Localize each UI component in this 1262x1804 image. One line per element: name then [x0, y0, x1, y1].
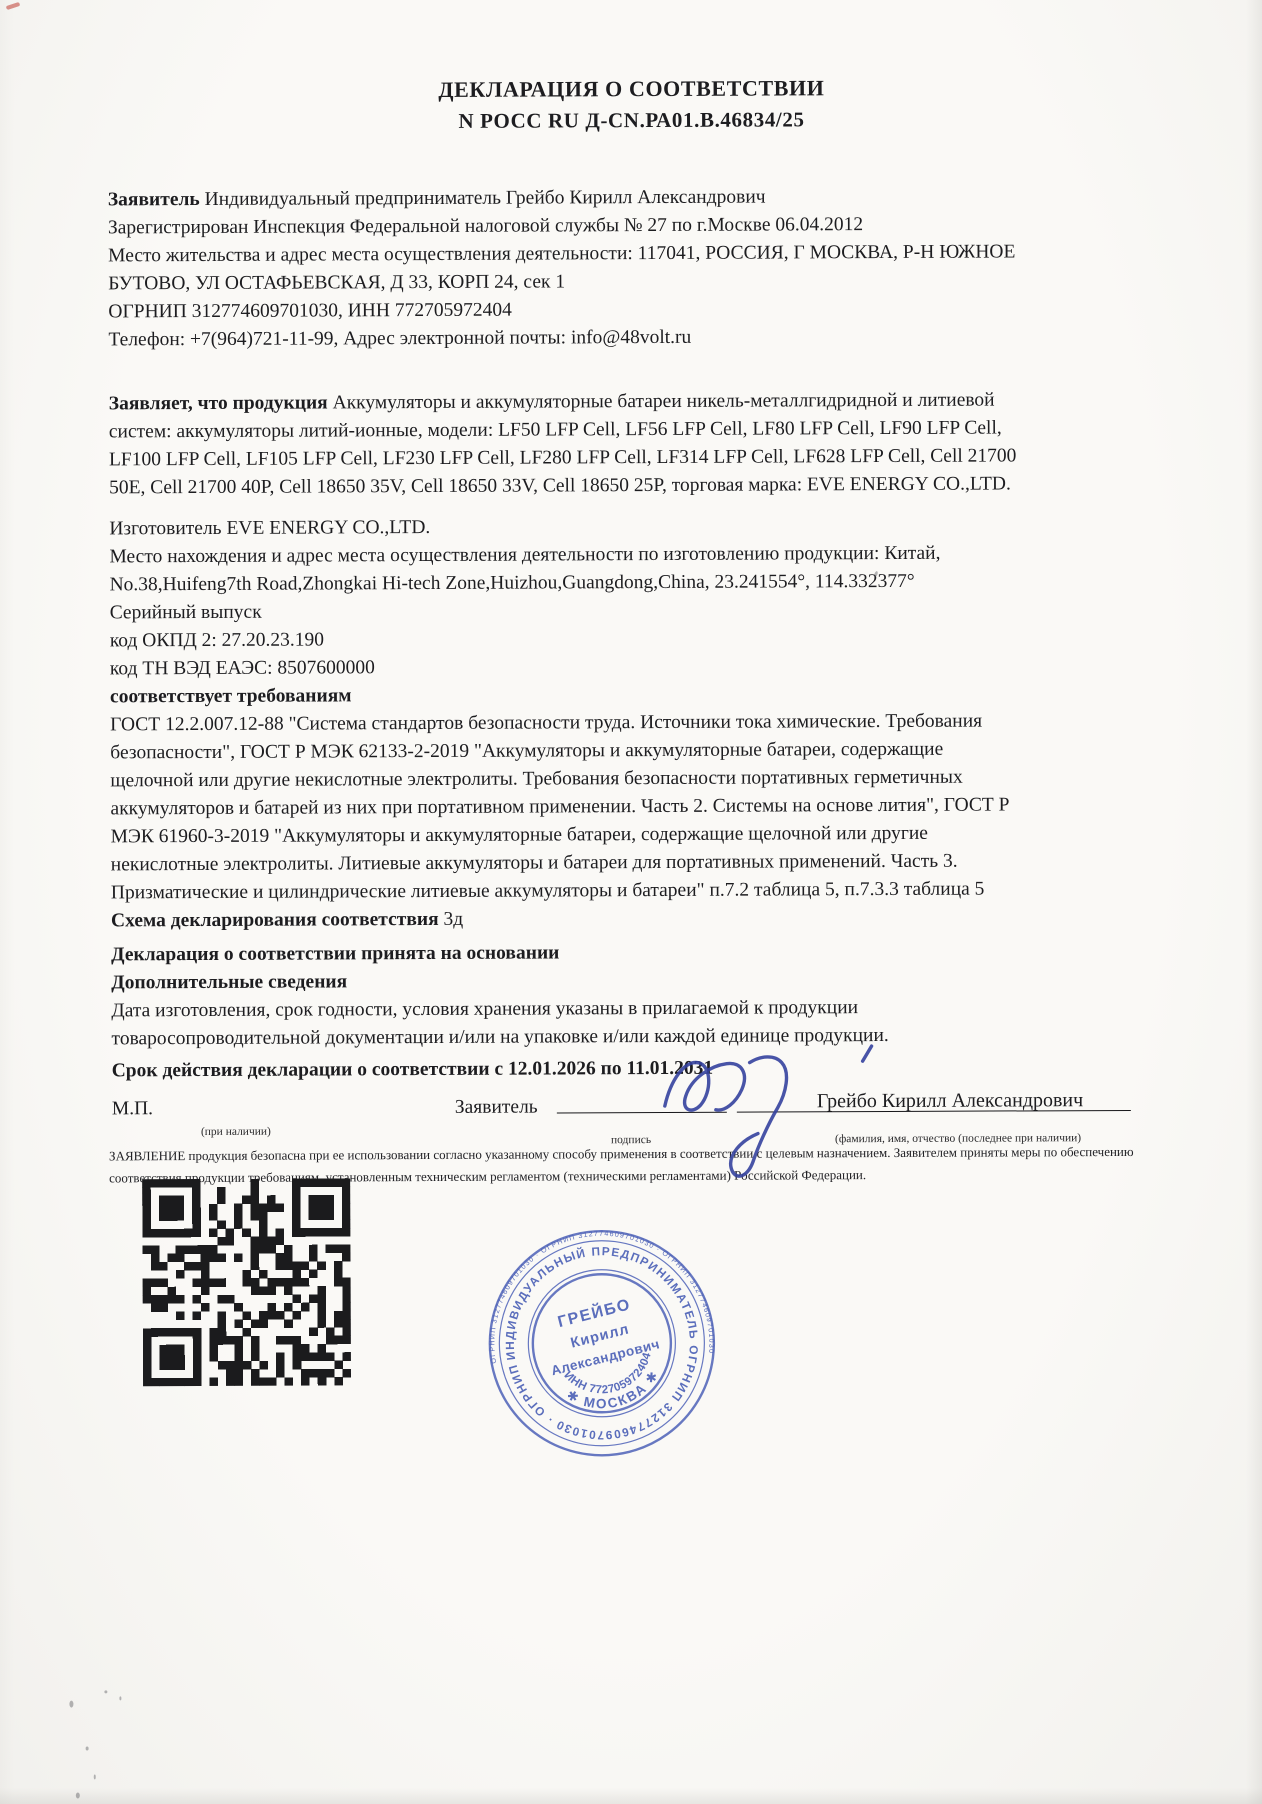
scan-speck [119, 1696, 121, 1700]
serial-production: Серийный выпуск [110, 599, 262, 628]
applicant-address-2: БУТОВО, УЛ ОСТАФЬЕВСКАЯ, Д 33, КОРП 24, … [108, 268, 565, 298]
product-line: Заявляет, что продукция Аккумуляторы и а… [109, 387, 995, 419]
gost-line-2: безопасности", ГОСТ Р МЭК 62133-2-2019 "… [110, 736, 943, 768]
applicant-ogrnip-inn: ОГРНИП 312774609701030, ИНН 772705972404 [108, 297, 512, 327]
gost-line-4: аккумуляторов и батарей из них при порта… [110, 791, 1009, 823]
additional-info-heading: Дополнительные сведения [111, 968, 347, 997]
scheme-label: Схема декларирования соответствия [111, 909, 439, 931]
scan-speck [104, 1690, 107, 1693]
applicant-contacts: Телефон: +7(964)721-11-99, Адрес электро… [108, 324, 691, 355]
page-title: ДЕКЛАРАЦИЯ О СООТВЕТСТВИИ [0, 73, 1262, 105]
mp-label: М.П. [112, 1095, 153, 1123]
applicant-line: Заявитель Индивидуальный предприниматель… [108, 184, 766, 215]
company-stamp: ОГРНИП 312774609701030 · ОГРНИП 31277460… [483, 1225, 720, 1462]
gost-line-3: щелочной или другие некислотные электрол… [110, 764, 962, 796]
mp-note: (при наличии) [201, 1126, 271, 1138]
scanned-declaration-page: ДЕКЛАРАЦИЯ О СООТВЕТСТВИИ N РОСС RU Д-CN… [0, 0, 1262, 1804]
product-intro: Аккумуляторы и аккумуляторные батареи ни… [333, 390, 995, 414]
gost-line-5: МЭК 61960-3-2019 "Аккумуляторы и аккумул… [111, 820, 928, 852]
scan-speck [94, 1774, 96, 1779]
scan-speck [69, 1701, 73, 1708]
product-models-3: 50E, Cell 21700 40P, Cell 18650 35V, Cel… [109, 470, 1011, 502]
qr-code [142, 1178, 351, 1386]
applicant-sign-label: Заявитель [455, 1094, 538, 1122]
declaration-number: N РОСС RU Д-CN.РА01.В.46834/25 [0, 105, 1262, 136]
scheme-value: 3д [443, 909, 463, 930]
applicant-registration: Зарегистрирован Инспекция Федеральной на… [108, 211, 863, 242]
declaration-scheme: Схема декларирования соответствия 3д [111, 906, 463, 936]
manufacturer-address-2: No.38,Huifeng7th Road,Zhongkai Hi-tech Z… [109, 568, 914, 600]
product-label: Заявляет, что продукция [109, 392, 328, 414]
manufacturer-name: Изготовитель EVE ENERGY CO.,LTD. [109, 514, 430, 543]
scan-speck [86, 1746, 89, 1750]
gost-line-1: ГОСТ 12.2.007.12-88 "Система стандартов … [110, 708, 982, 740]
handwritten-signature [545, 1034, 916, 1196]
gost-line-7: Призматические и цилиндрические литиевые… [111, 876, 985, 908]
stamp-seal-graphic: ОГРНИП 312774609701030 · ОГРНИП 31277460… [483, 1225, 720, 1462]
qr-code-graphic [142, 1178, 351, 1386]
page-content: ДЕКЛАРАЦИЯ О СООТВЕТСТВИИ N РОСС RU Д-CN… [0, 0, 1262, 1804]
applicant-label: Заявитель [108, 189, 200, 210]
additional-info-1: Дата изготовления, срок годности, услови… [111, 994, 858, 1025]
gost-line-6: некислотные электролиты. Литиевые аккуму… [111, 848, 958, 880]
product-models-2: LF100 LFP Cell, LF105 LFP Cell, LF230 LF… [109, 442, 1017, 474]
applicant-address-1: Место жительства и адрес места осуществл… [108, 238, 1015, 270]
product-models-1: систем: аккумуляторы литий-ионные, модел… [109, 414, 1002, 446]
okpd-code: код ОКПД 2: 27.20.23.190 [110, 626, 324, 655]
scan-speck [76, 1793, 80, 1799]
applicant-name: Индивидуальный предприниматель Грейбо Ки… [205, 187, 766, 210]
basis-heading: Декларация о соответствии принята на осн… [111, 939, 559, 969]
manufacturer-address-1: Место нахождения и адрес места осуществл… [109, 540, 940, 572]
tnved-code: код ТН ВЭД ЕАЭС: 8507600000 [110, 654, 375, 683]
requirements-heading: соответствует требованиям [110, 682, 352, 711]
signature-graphic [545, 1034, 916, 1196]
